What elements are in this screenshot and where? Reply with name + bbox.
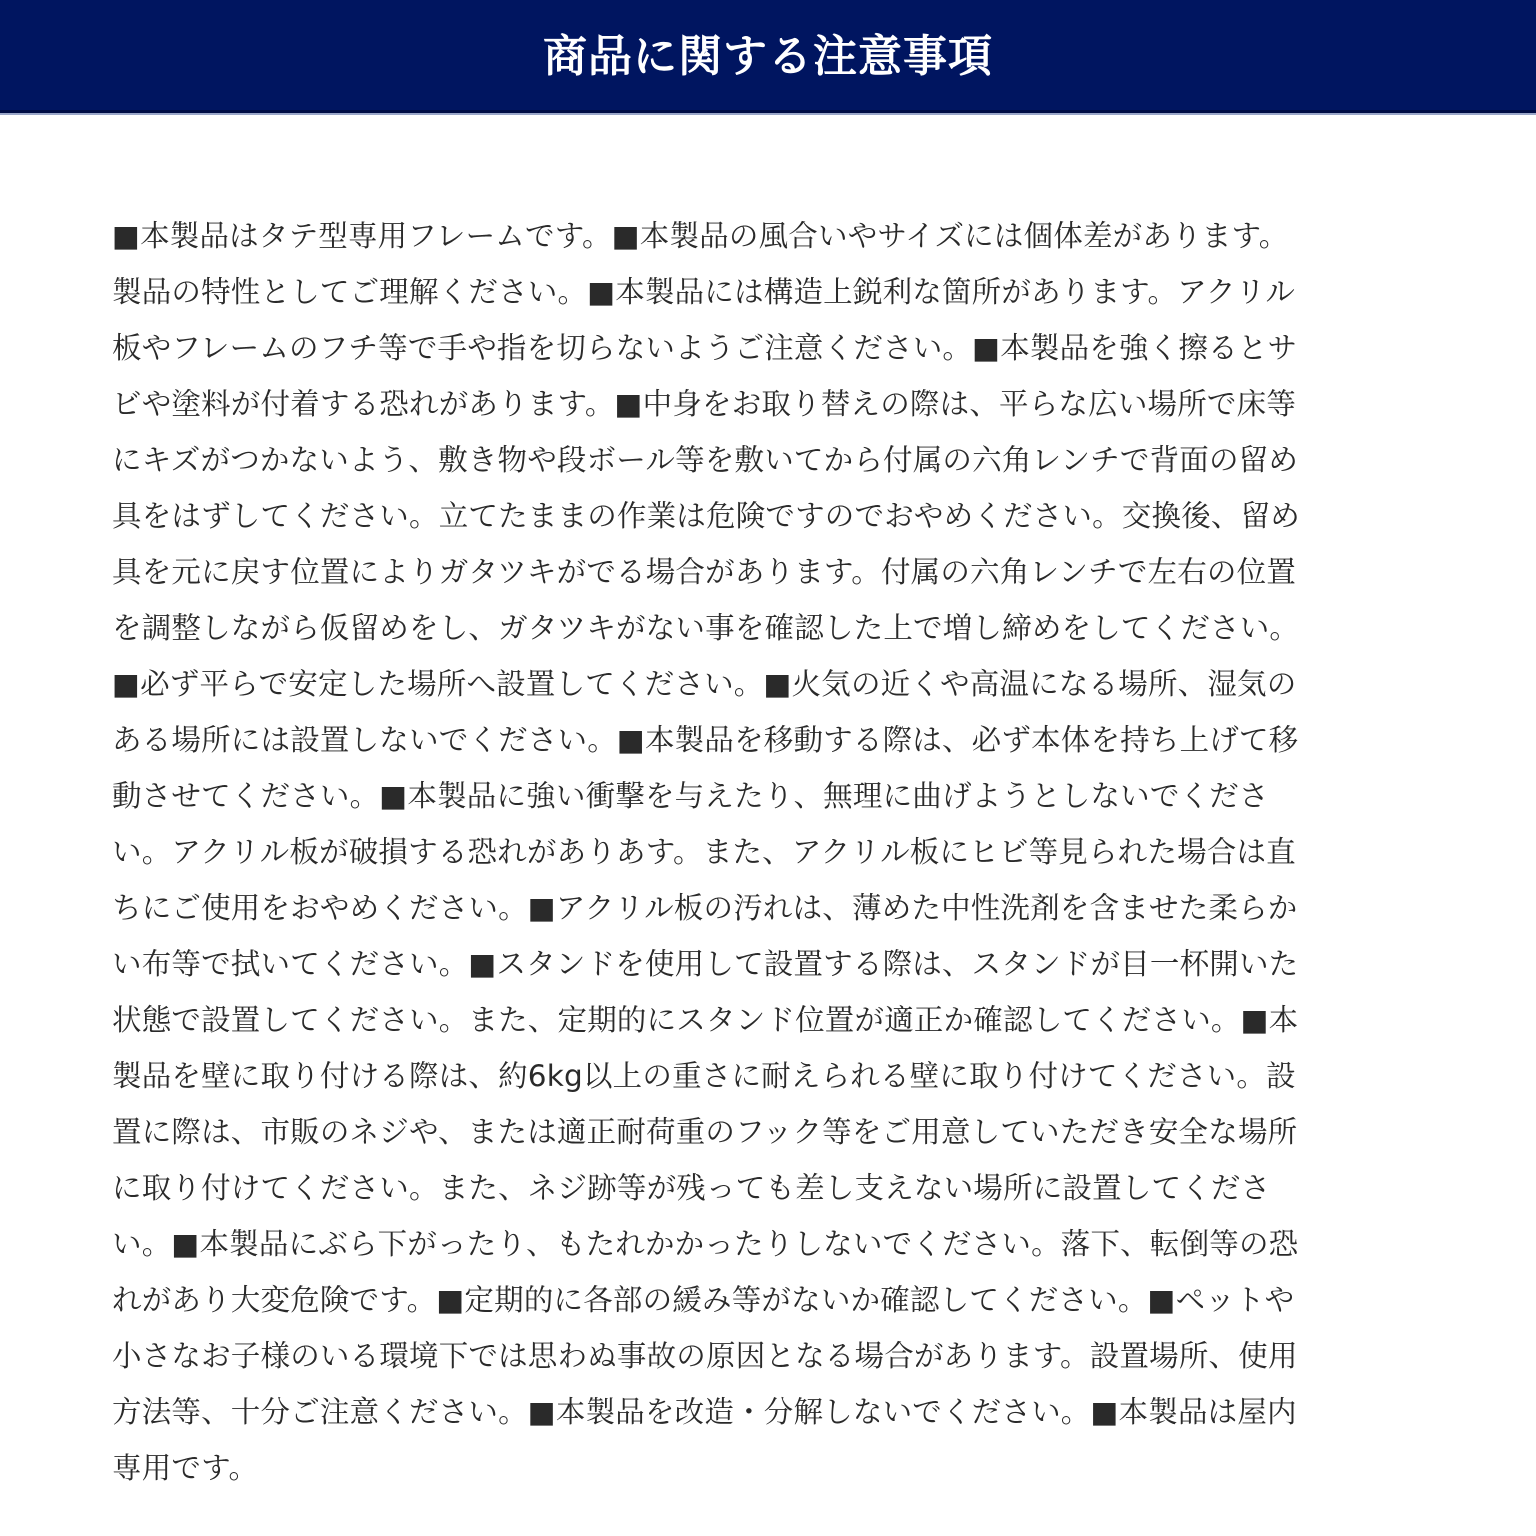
notice-line: ビや塗料が付着する恐れがあります。■中身をお取り替えの際は、平らな広い場所で床等 [112, 376, 1442, 432]
header-banner: 商品に関する注意事項 [0, 0, 1536, 113]
notice-line: 製品の特性としてご理解ください。■本製品には構造上鋭利な箇所があります。アクリル [112, 264, 1442, 320]
notice-line: れがあり大変危険です。■定期的に各部の緩み等がないか確認してください。■ペットや [112, 1272, 1442, 1328]
notice-line: ■必ず平らで安定した場所へ設置してください。■火気の近くや高温になる場所、湿気の [112, 656, 1442, 712]
notice-line: にキズがつかないよう、敷き物や段ボール等を敷いてから付属の六角レンチで背面の留め [112, 432, 1442, 488]
notice-line: ちにご使用をおやめください。■アクリル板の汚れは、薄めた中性洗剤を含ませた柔らか [112, 880, 1442, 936]
notice-line: 具をはずしてください。立てたままの作業は危険ですのでおやめください。交換後、留め [112, 488, 1442, 544]
notice-line: 置に際は、市販のネジや、または適正耐荷重のフック等をご用意していただき安全な場所 [112, 1104, 1442, 1160]
notice-line: 小さなお子様のいる環境下では思わぬ事故の原因となる場合があります。設置場所、使用 [112, 1328, 1442, 1384]
notice-line: い。アクリル板が破損する恐れがありあす。また、アクリル板にヒビ等見られた場合は直 [112, 824, 1442, 880]
notice-line: 板やフレームのフチ等で手や指を切らないようご注意ください。■本製品を強く擦るとサ [112, 320, 1442, 376]
notice-line: を調整しながら仮留めをし、ガタツキがない事を確認した上で増し締めをしてください。 [112, 600, 1442, 656]
page-title: 商品に関する注意事項 [543, 20, 993, 84]
notice-line: に取り付けてください。また、ネジ跡等が残っても差し支えない場所に設置してくださ [112, 1160, 1442, 1216]
notice-line: ある場所には設置しないでください。■本製品を移動する際は、必ず本体を持ち上げて移 [112, 712, 1442, 768]
notice-line: 具を元に戻す位置によりガタツキがでる場合があります。付属の六角レンチで左右の位置 [112, 544, 1442, 600]
notice-line: 方法等、十分ご注意ください。■本製品を改造・分解しないでください。■本製品は屋内 [112, 1384, 1442, 1440]
notice-body: ■本製品はタテ型専用フレームです。■本製品の風合いやサイズには個体差があります。… [112, 208, 1442, 1496]
notice-line: 製品を壁に取り付ける際は、約6kg以上の重さに耐えられる壁に取り付けてください。… [112, 1048, 1442, 1104]
notice-line: 状態で設置してください。また、定期的にスタンド位置が適正か確認してください。■本 [112, 992, 1442, 1048]
notice-line: い。■本製品にぶら下がったり、もたれかかったりしないでください。落下、転倒等の恐 [112, 1216, 1442, 1272]
notice-line: 動させてください。■本製品に強い衝撃を与えたり、無理に曲げようとしないでくださ [112, 768, 1442, 824]
notice-line: 専用です。 [112, 1440, 1442, 1496]
notice-line: ■本製品はタテ型専用フレームです。■本製品の風合いやサイズには個体差があります。 [112, 208, 1442, 264]
notice-line: い布等で拭いてください。■スタンドを使用して設置する際は、スタンドが目一杯開いた [112, 936, 1442, 992]
